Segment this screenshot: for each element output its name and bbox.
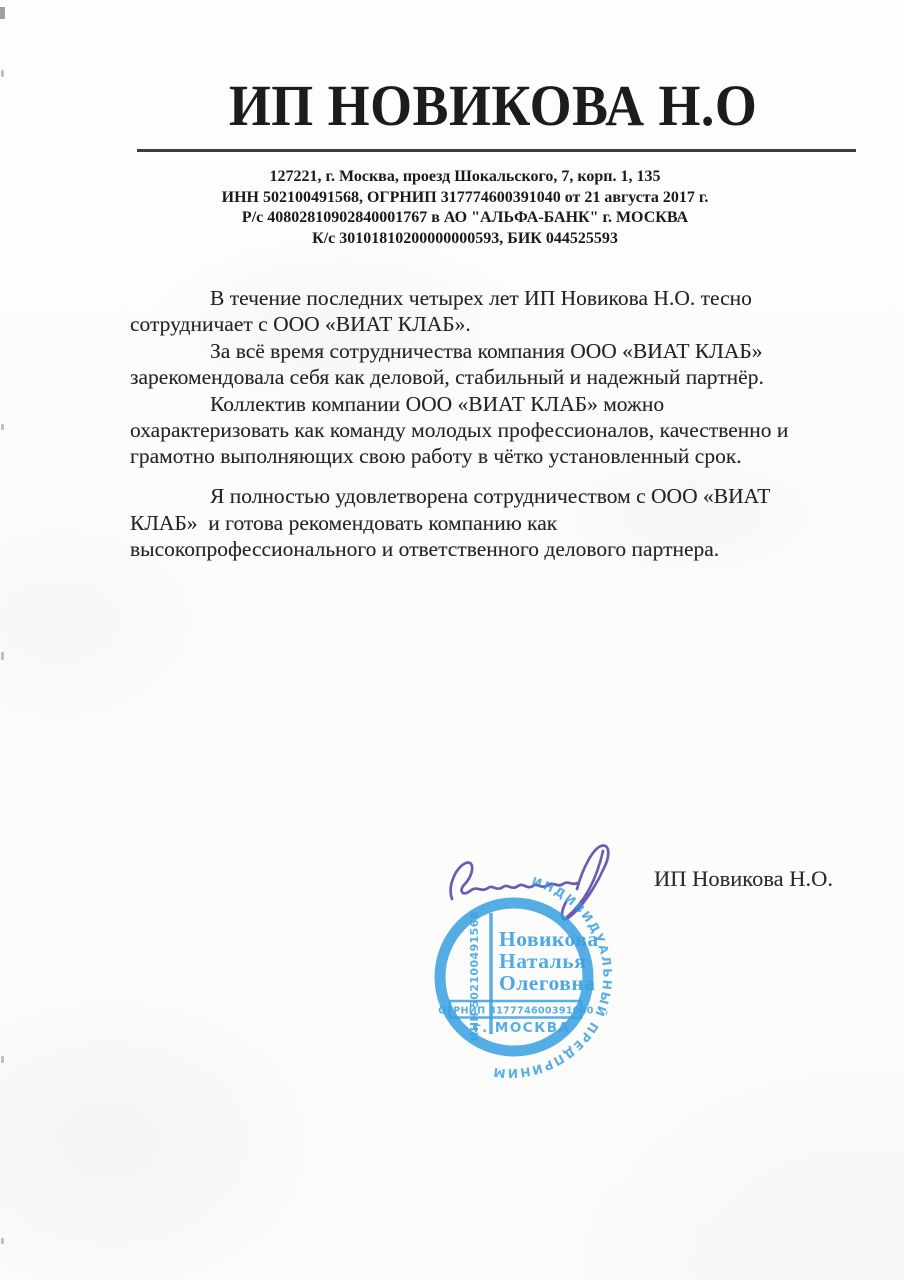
body-text-line: Коллектив компании ООО «ВИАТ КЛАБ» можно [130,391,830,417]
letterhead-divider [137,149,856,152]
letter-body: В течение последних четырех лет ИП Новик… [130,285,830,563]
paragraph: В течение последних четырех лет ИП Новик… [130,285,830,338]
letterhead-title-text: ИП НОВИКОВА Н.О [229,74,757,138]
letterhead-details: 127221, г. Москва, проезд Шокальского, 7… [55,167,875,250]
paragraph: Я полностью удовлетворена сотрудничество… [130,483,830,562]
scan-corner-artifact [0,7,5,19]
stamp-ogrnip-text: ОГРНИП 317774600391040 [438,1006,593,1017]
body-text-line: сотрудничает с ООО «ВИАТ КЛАБ». [130,311,830,337]
body-text-line: охарактеризовать как команду молодых про… [130,417,830,443]
body-text-line: КЛАБ» и готова рекомендовать компанию ка… [130,510,830,536]
body-text-line: грамотно выполняющих свою работу в чётко… [130,443,830,469]
stamp-name-line: Новикова [499,927,599,951]
scanned-letter-page: ИП НОВИКОВА Н.О 127221, г. Москва, проез… [0,0,904,1280]
body-text-line: зарекомендовала себя как деловой, стабил… [130,364,830,390]
letterhead-bank-account-line: Р/с 40802810902840001767 в АО "АЛЬФА-БАН… [55,208,875,229]
signature-and-stamp: ИНДИВИДУАЛЬНЫЙ ПРЕДПРИНИМАТЕЛЬ ИНН 50210… [390,838,720,1090]
letterhead-inn-ogrnip-line: ИНН 502100491568, ОГРНИП 317774600391040… [55,188,875,209]
scan-edge-artifact [1,424,4,430]
scan-edge-artifact [1,70,4,77]
body-text-line: За всё время сотрудничества компания ООО… [130,338,830,364]
paragraph: За всё время сотрудничества компания ООО… [130,338,830,391]
body-text-line: высокопрофессионального и ответственного… [130,536,830,562]
letterhead-address-line: 127221, г. Москва, проезд Шокальского, 7… [55,167,875,188]
letterhead-title: ИП НОВИКОВА Н.О [82,74,904,138]
body-text-line: Я полностью удовлетворена сотрудничество… [130,483,830,509]
stamp-name-line: Олеговна [499,971,596,995]
scan-edge-artifact [1,1056,4,1063]
scan-edge-artifact [1,652,4,660]
paragraph: Коллектив компании ООО «ВИАТ КЛАБ» можно… [130,391,830,470]
body-text-line: В течение последних четырех лет ИП Новик… [130,285,830,311]
scan-edge-artifact [1,1238,4,1244]
letterhead-corr-account-line: К/с 30101810200000000593, БИК 044525593 [55,229,875,250]
stamp-name-line: Наталья [499,949,586,973]
stamp-city-text: г. МОСКВА [474,1020,571,1036]
